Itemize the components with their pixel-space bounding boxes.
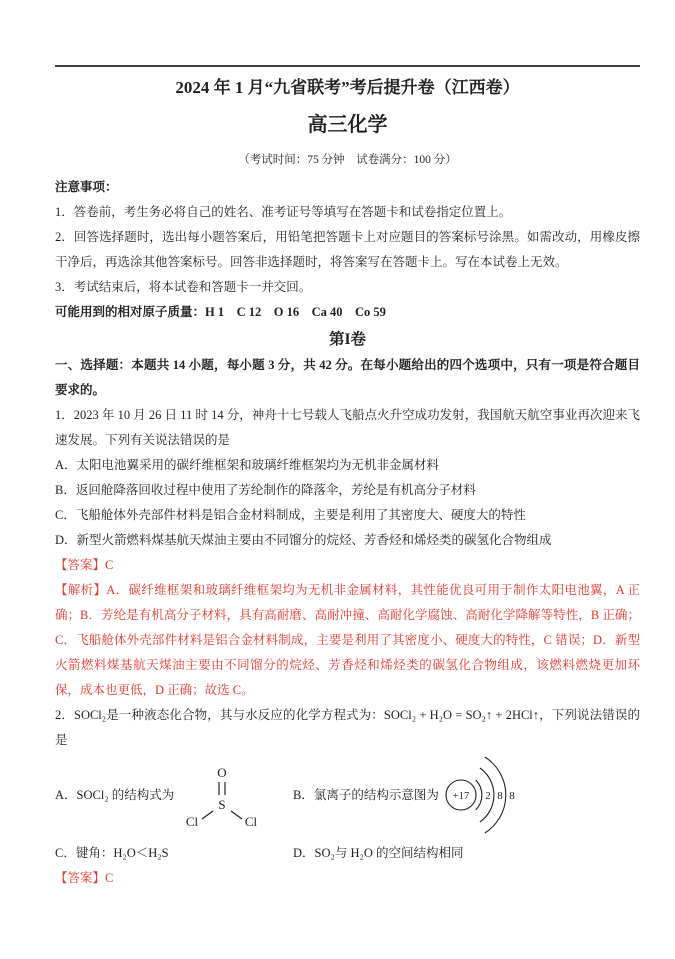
- question-2: 2．SOCl₂是一种液态化合物，其与水反应的化学方程式为：SOCl₂ + H₂O…: [55, 703, 640, 891]
- notice-item-3: 3．考试结束后，将本试卷和答题卡一并交回。: [55, 275, 640, 300]
- notices-heading: 注意事项：: [55, 175, 640, 200]
- section-intro: 一、选择题：本题共 14 小题，每小题 3 分，共 42 分。在每小题给出的四个…: [55, 353, 640, 403]
- structure-atom-s: S: [219, 797, 226, 812]
- electron-shell-arc-1: [476, 780, 482, 810]
- socl2-structure-diagram: O S Cl Cl: [180, 762, 262, 828]
- subject-title: 高三化学: [55, 112, 640, 138]
- structure-atom-cl-right: Cl: [245, 814, 258, 828]
- atomic-mass-line: 可能用到的相对原子质量：H 1 C 12 O 16 Ca 40 Co 59: [55, 300, 640, 325]
- q1-analysis: 【解析】A．碳纤维框架和玻璃纤维框架均为无机非金属材料，其性能优良可用于制作太阳…: [55, 578, 640, 703]
- shell-2-count: 8: [497, 790, 503, 802]
- part-title: 第I卷: [55, 327, 640, 353]
- single-bond-line: [202, 811, 213, 819]
- notice-item-2: 2．回答选择题时，选出每小题答案后，用铅笔把答题卡上对应题目的答案标号涂黑。如需…: [55, 225, 640, 275]
- q2-stem: 2．SOCl₂是一种液态化合物，其与水反应的化学方程式为：SOCl₂ + H₂O…: [55, 703, 640, 753]
- q1-option-d: D．新型火箭燃料煤基航天煤油主要由不同馏分的烷烃、芳香烃和烯烃类的碳氢化合物组成: [55, 528, 640, 553]
- q1-stem: 1．2023 年 10 月 26 日 11 时 14 分，神舟十七号载人飞船点火…: [55, 403, 640, 453]
- q2-option-d: D．SO₂与 H₂O 的空间结构相同: [293, 841, 640, 866]
- q1-answer: 【答案】C: [55, 553, 640, 578]
- page-title: 2024 年 1 月“九省联考”考后提升卷（江西卷）: [55, 76, 640, 100]
- notice-item-1: 1．答卷前，考生务必将自己的姓名、准考证号等填写在答题卡和试卷指定位置上。: [55, 200, 640, 225]
- q2-option-c-label: C．键角：H₂O＜H₂S: [55, 841, 169, 866]
- q2-answer: 【答案】C: [55, 866, 640, 891]
- q2-option-a: A．SOCl₂ 的结构式为 O S Cl Cl: [55, 762, 293, 828]
- structure-atom-o: O: [218, 765, 227, 780]
- q2-option-b-label: B．氯离子的结构示意图为: [293, 783, 439, 808]
- q1-option-a: A．太阳电池翼采用的碳纤维框架和玻璃纤维框架均为无机非金属材料: [55, 453, 640, 478]
- q2-option-a-label: A．SOCl₂ 的结构式为: [55, 783, 174, 808]
- notices-block: 注意事项： 1．答卷前，考生务必将自己的姓名、准考证号等填写在答题卡和试卷指定位…: [55, 175, 640, 325]
- question-1: 1．2023 年 10 月 26 日 11 时 14 分，神舟十七号载人飞船点火…: [55, 403, 640, 703]
- single-bond-line: [231, 811, 242, 819]
- header-rule: [55, 65, 640, 67]
- structure-atom-cl-left: Cl: [186, 814, 199, 828]
- q2-option-c: C．键角：H₂O＜H₂S: [55, 841, 293, 866]
- q1-option-c: C．飞船舱体外壳部件材料是铝合金材料制成，主要是利用了其密度大、硬度大的特性: [55, 503, 640, 528]
- chloride-ion-structure-diagram: +17 2 8 8: [443, 755, 535, 835]
- q1-option-b: B．返回舱降落回收过程中使用了芳纶制作的降落伞，芳纶是有机高分子材料: [55, 478, 640, 503]
- exam-info-line: （考试时间：75 分钟 试卷满分：100 分）: [55, 151, 640, 169]
- shell-3-count: 8: [509, 790, 515, 802]
- q2-options-row-cd: C．键角：H₂O＜H₂S D．SO₂与 H₂O 的空间结构相同: [55, 841, 640, 866]
- exam-paper-page: 2024 年 1 月“九省联考”考后提升卷（江西卷） 高三化学 （考试时间：75…: [0, 65, 675, 891]
- q2-options-row-ab: A．SOCl₂ 的结构式为 O S Cl Cl B．氯离子的结构示意图为 +17: [55, 755, 640, 835]
- nucleus-charge: +17: [453, 791, 469, 802]
- q2-option-b: B．氯离子的结构示意图为 +17 2 8 8: [293, 755, 640, 835]
- shell-1-count: 2: [485, 790, 491, 802]
- q2-option-d-label: D．SO₂与 H₂O 的空间结构相同: [293, 841, 464, 866]
